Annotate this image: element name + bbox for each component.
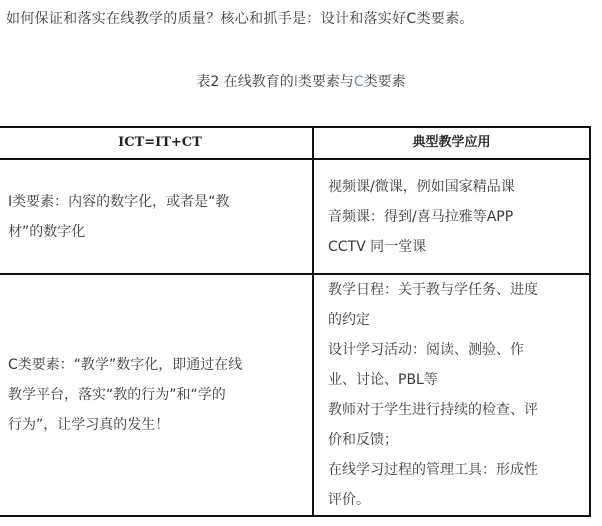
text-line: 业、讨论、PBL等 — [328, 365, 589, 395]
text-line: 教师对于学生进行持续的检查、评 — [328, 395, 589, 425]
text-line: 评价。 — [328, 485, 589, 515]
text-line: 教学平台，落实“教的行为”和“学的 — [8, 380, 312, 410]
text-line: C类要素：“教学”数字化，即通过在线 — [8, 350, 312, 380]
text-line: 教学日程：关于教与学任务、进度 — [328, 275, 589, 305]
ict-elements-table: ICT=IT+CT 典型教学应用 I类要素：内容的数字化，或者是“教 材”的数字… — [0, 126, 591, 517]
caption-c-letter: C — [354, 74, 364, 90]
caption-suffix: 类要素 — [364, 74, 406, 90]
header-ict: ICT=IT+CT — [0, 127, 313, 159]
text-line: I类要素：内容的数字化，或者是“教 — [8, 187, 312, 217]
text-line: 视频课/微课，例如国家精品课 — [328, 172, 589, 202]
table-row-c-elements: C类要素：“教学”数字化，即通过在线 教学平台，落实“教的行为”和“学的 行为”… — [0, 274, 590, 516]
text-line: CCTV 同一堂课 — [328, 232, 589, 262]
text-line: 行为”，让学习真的发生！ — [8, 410, 312, 440]
cell-c-applications: 教学日程：关于教与学任务、进度 的约定 设计学习活动：阅读、测验、作 业、讨论、… — [313, 274, 590, 516]
cell-i-applications: 视频课/微课，例如国家精品课 音频课：得到/喜马拉雅等APP CCTV 同一堂课 — [313, 159, 590, 274]
text-line: 音频课：得到/喜马拉雅等APP — [328, 202, 589, 232]
table-caption: 表2 在线教育的I类要素与C类要素 — [0, 72, 602, 92]
text-line: 的约定 — [328, 305, 589, 335]
text-line: 价和反馈； — [328, 425, 589, 455]
caption-middle: 类要素与 — [298, 74, 354, 90]
intro-paragraph: 如何保证和落实在线教学的质量？核心和抓手是：设计和落实好C类要素。 — [6, 9, 474, 29]
text-line: 设计学习活动：阅读、测验、作 — [328, 335, 589, 365]
cell-i-element: I类要素：内容的数字化，或者是“教 材”的数字化 — [0, 159, 313, 274]
text-line: 在线学习过程的管理工具：形成性 — [328, 455, 589, 485]
caption-prefix: 表2 在线教育的 — [196, 74, 293, 90]
cell-c-element: C类要素：“教学”数字化，即通过在线 教学平台，落实“教的行为”和“学的 行为”… — [0, 274, 313, 516]
text-line: 材”的数字化 — [8, 217, 312, 247]
table-header-row: ICT=IT+CT 典型教学应用 — [0, 127, 590, 159]
table-row-i-elements: I类要素：内容的数字化，或者是“教 材”的数字化 视频课/微课，例如国家精品课 … — [0, 159, 590, 274]
header-typical-applications: 典型教学应用 — [313, 127, 590, 159]
